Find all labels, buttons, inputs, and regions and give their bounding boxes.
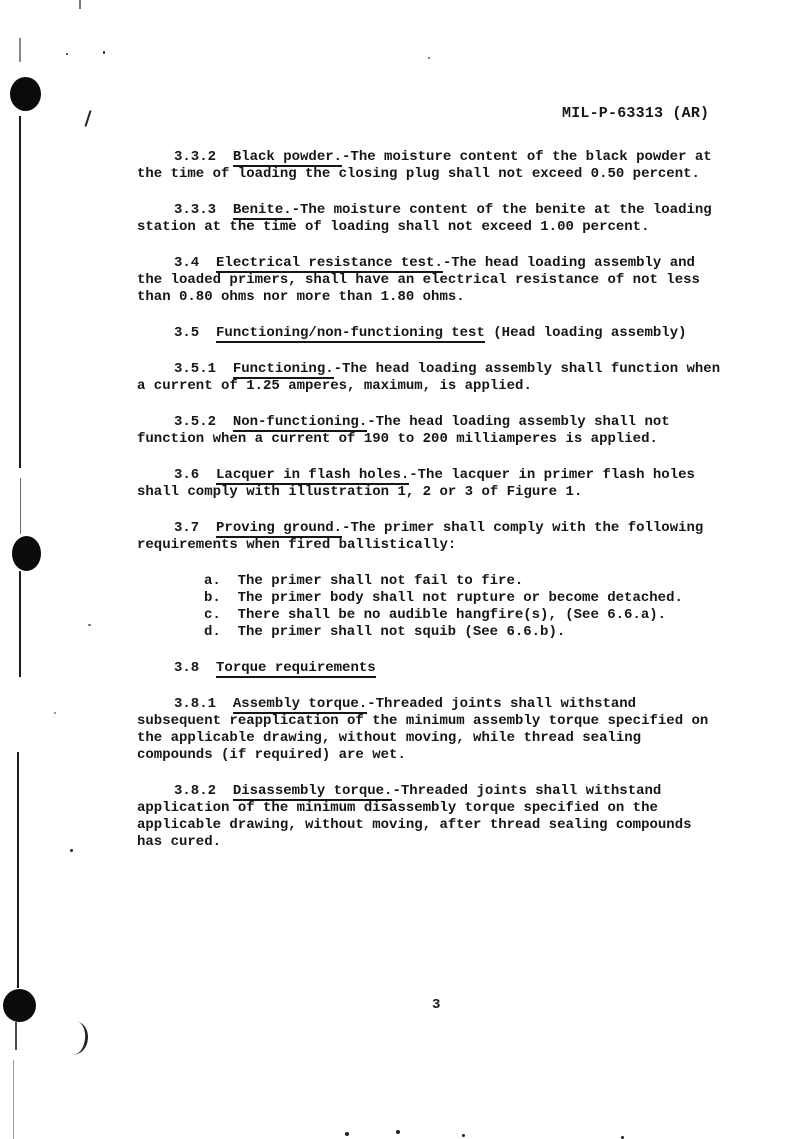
section-number: 3.4 [174, 255, 199, 271]
list-letter: c. [204, 607, 221, 624]
list-item: a.The primer shall not fail to fire. [204, 573, 722, 590]
hole-punch [10, 77, 41, 111]
section-number: 3.5 [174, 325, 199, 341]
section-3-8: 3.8Torque requirements [137, 660, 722, 677]
section-3-7: 3.7Proving ground.-The primer shall comp… [137, 520, 722, 554]
scan-artifact-line [20, 478, 21, 534]
scanned-document-page: MIL-P-63313 (AR) 3.3.2Black powder.-The … [0, 0, 794, 1139]
document-number: MIL-P-63313 (AR) [562, 105, 709, 122]
hole-punch [12, 536, 41, 571]
section-text: -Threaded joints shall withstand subsequ… [137, 696, 708, 763]
scan-artifact-line [15, 1022, 17, 1050]
section-3-3-3: 3.3.3Benite.-The moisture content of the… [137, 202, 722, 236]
scan-artifact-line [13, 1060, 14, 1139]
scan-artifact-line [17, 752, 19, 988]
scan-speck [462, 1134, 465, 1137]
list-letter: d. [204, 624, 221, 641]
section-text: -The moisture content of the black powde… [137, 149, 712, 182]
scan-speck [396, 1130, 400, 1134]
document-body: 3.3.2Black powder.-The moisture content … [137, 149, 722, 870]
section-3-5-2: 3.5.2Non-functioning.-The head loading a… [137, 414, 722, 448]
section-number: 3.6 [174, 467, 199, 483]
section-text: -Threaded joints shall withstand applica… [137, 783, 692, 850]
section-3-3-2: 3.3.2Black powder.-The moisture content … [137, 149, 722, 183]
section-3-5: 3.5Functioning/non-functioning test (Hea… [137, 325, 722, 342]
list-text: There shall be no audible hangfire(s), (… [238, 607, 666, 623]
section-number: 3.7 [174, 520, 199, 536]
section-title: Functioning. [233, 361, 334, 379]
scan-artifact-line [19, 116, 21, 468]
section-3-6: 3.6Lacquer in flash holes.-The lacquer i… [137, 467, 722, 501]
scan-speck [428, 57, 430, 59]
section-title: Lacquer in flash holes. [216, 467, 409, 485]
section-number: 3.3.2 [174, 149, 216, 165]
scan-speck [103, 51, 105, 54]
section-3-4: 3.4Electrical resistance test.-The head … [137, 255, 722, 306]
section-title: Electrical resistance test. [216, 255, 443, 273]
hole-punch [3, 989, 36, 1022]
section-number: 3.3.3 [174, 202, 216, 218]
scan-speck [66, 53, 68, 55]
section-number: 3.8.2 [174, 783, 216, 799]
section-number: 3.8 [174, 660, 199, 676]
section-title: Functioning/non-functioning test [216, 325, 485, 343]
section-3-5-1: 3.5.1Functioning.-The head loading assem… [137, 361, 722, 395]
section-title: Proving ground. [216, 520, 342, 538]
list-text: The primer shall not fail to fire. [238, 573, 524, 589]
scan-speck [70, 849, 73, 852]
list-text: The primer shall not squib (See 6.6.b). [238, 624, 566, 640]
list-letter: a. [204, 573, 221, 590]
section-title: Black powder. [233, 149, 342, 167]
section-number: 3.5.2 [174, 414, 216, 430]
section-number: 3.8.1 [174, 696, 216, 712]
page-number: 3 [432, 997, 440, 1013]
list-item: c.There shall be no audible hangfire(s),… [204, 607, 722, 624]
section-title: Non-functioning. [233, 414, 367, 432]
section-text: (Head loading assembly) [485, 325, 687, 341]
section-3-8-2: 3.8.2Disassembly torque.-Threaded joints… [137, 783, 722, 851]
section-title: Assembly torque. [233, 696, 367, 714]
scan-artifact-line [19, 571, 21, 677]
scan-artifact-tick [79, 0, 81, 9]
scan-speck [345, 1132, 349, 1136]
scan-artifact-line [19, 38, 21, 62]
section-number: 3.5.1 [174, 361, 216, 377]
requirements-list: a.The primer shall not fail to fire. b.T… [204, 573, 722, 641]
list-letter: b. [204, 590, 221, 607]
scan-speck [54, 712, 56, 714]
section-text: -The moisture content of the benite at t… [137, 202, 712, 235]
list-item: d.The primer shall not squib (See 6.6.b)… [204, 624, 722, 641]
section-title: Disassembly torque. [233, 783, 393, 801]
list-text: The primer body shall not rupture or bec… [238, 590, 683, 606]
section-text: -The head loading assembly shall not fun… [137, 414, 670, 447]
section-3-8-1: 3.8.1Assembly torque.-Threaded joints sh… [137, 696, 722, 764]
scan-speck [88, 624, 91, 626]
pen-mark [70, 1021, 89, 1055]
section-title: Benite. [233, 202, 292, 220]
section-text: -The head loading assembly shall functio… [137, 361, 720, 394]
section-title: Torque requirements [216, 660, 376, 678]
pen-mark [84, 110, 91, 127]
list-item: b.The primer body shall not rupture or b… [204, 590, 722, 607]
